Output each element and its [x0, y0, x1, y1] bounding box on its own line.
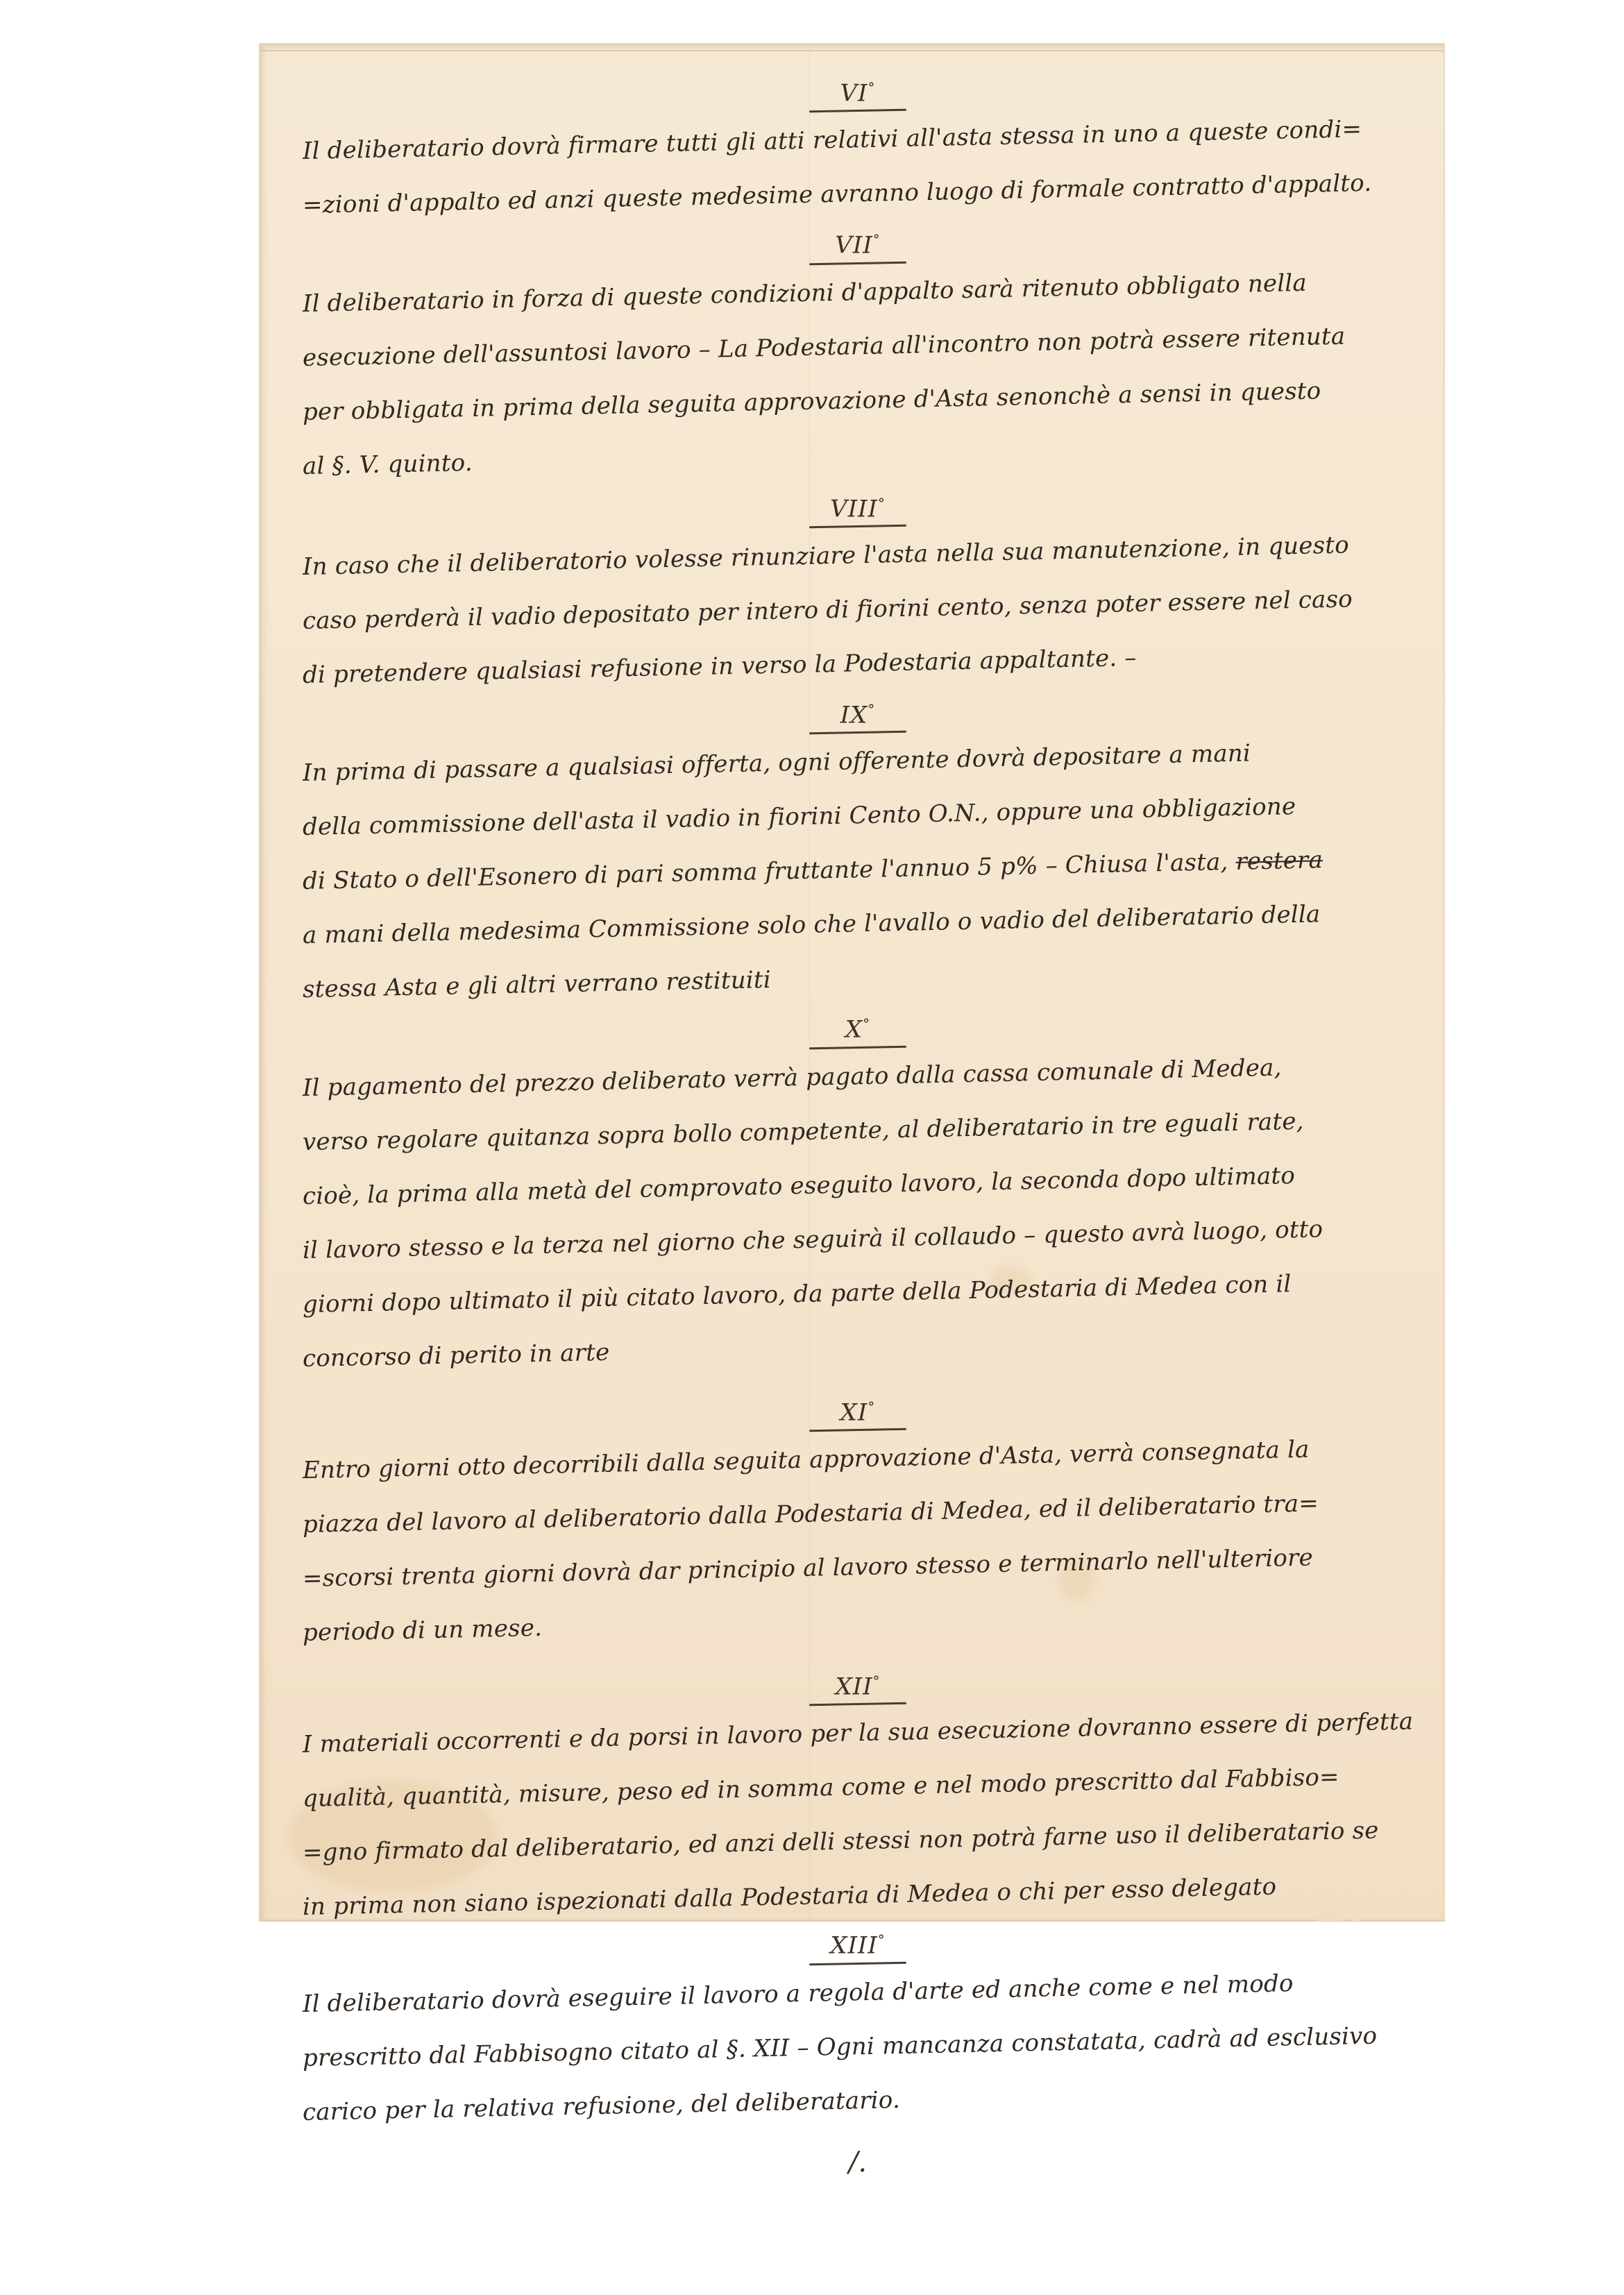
- article-heading: VI°: [788, 74, 927, 107]
- article-heading: IX°: [788, 695, 927, 729]
- article-heading: XII°: [788, 1667, 927, 1700]
- article-x: X° Il pagamento del prezzo deliberato ve…: [303, 1010, 1413, 1385]
- article-viii: VIII° In caso che il deliberatorio voles…: [303, 489, 1413, 702]
- article-heading: XIII°: [788, 1926, 927, 1959]
- article-xii: XII° I materiali occorrenti e da porsi i…: [303, 1667, 1413, 1934]
- article-ix: IX° In prima di passare a qualsiasi offe…: [303, 695, 1413, 1017]
- article-vii: VII° Il deliberatario in forza di queste…: [303, 226, 1413, 493]
- end-mark: /.: [303, 2146, 1413, 2178]
- article-heading: VIII°: [788, 489, 927, 523]
- manuscript-page: VI° Il deliberatario dovrà firmare tutti…: [259, 43, 1445, 1922]
- struck-word: restera: [1235, 847, 1323, 876]
- article-heading: X°: [788, 1010, 927, 1043]
- article-heading: XI°: [788, 1393, 927, 1426]
- article-heading: VII°: [788, 226, 927, 259]
- manuscript-text: VI° Il deliberatario dovrà firmare tutti…: [303, 74, 1413, 2178]
- article-xiii: XIII° Il deliberatario dovrà eseguire il…: [303, 1926, 1413, 2139]
- article-xi: XI° Entro giorni otto decorribili dalla …: [303, 1393, 1413, 1660]
- article-vi: VI° Il deliberatario dovrà firmare tutti…: [303, 74, 1413, 232]
